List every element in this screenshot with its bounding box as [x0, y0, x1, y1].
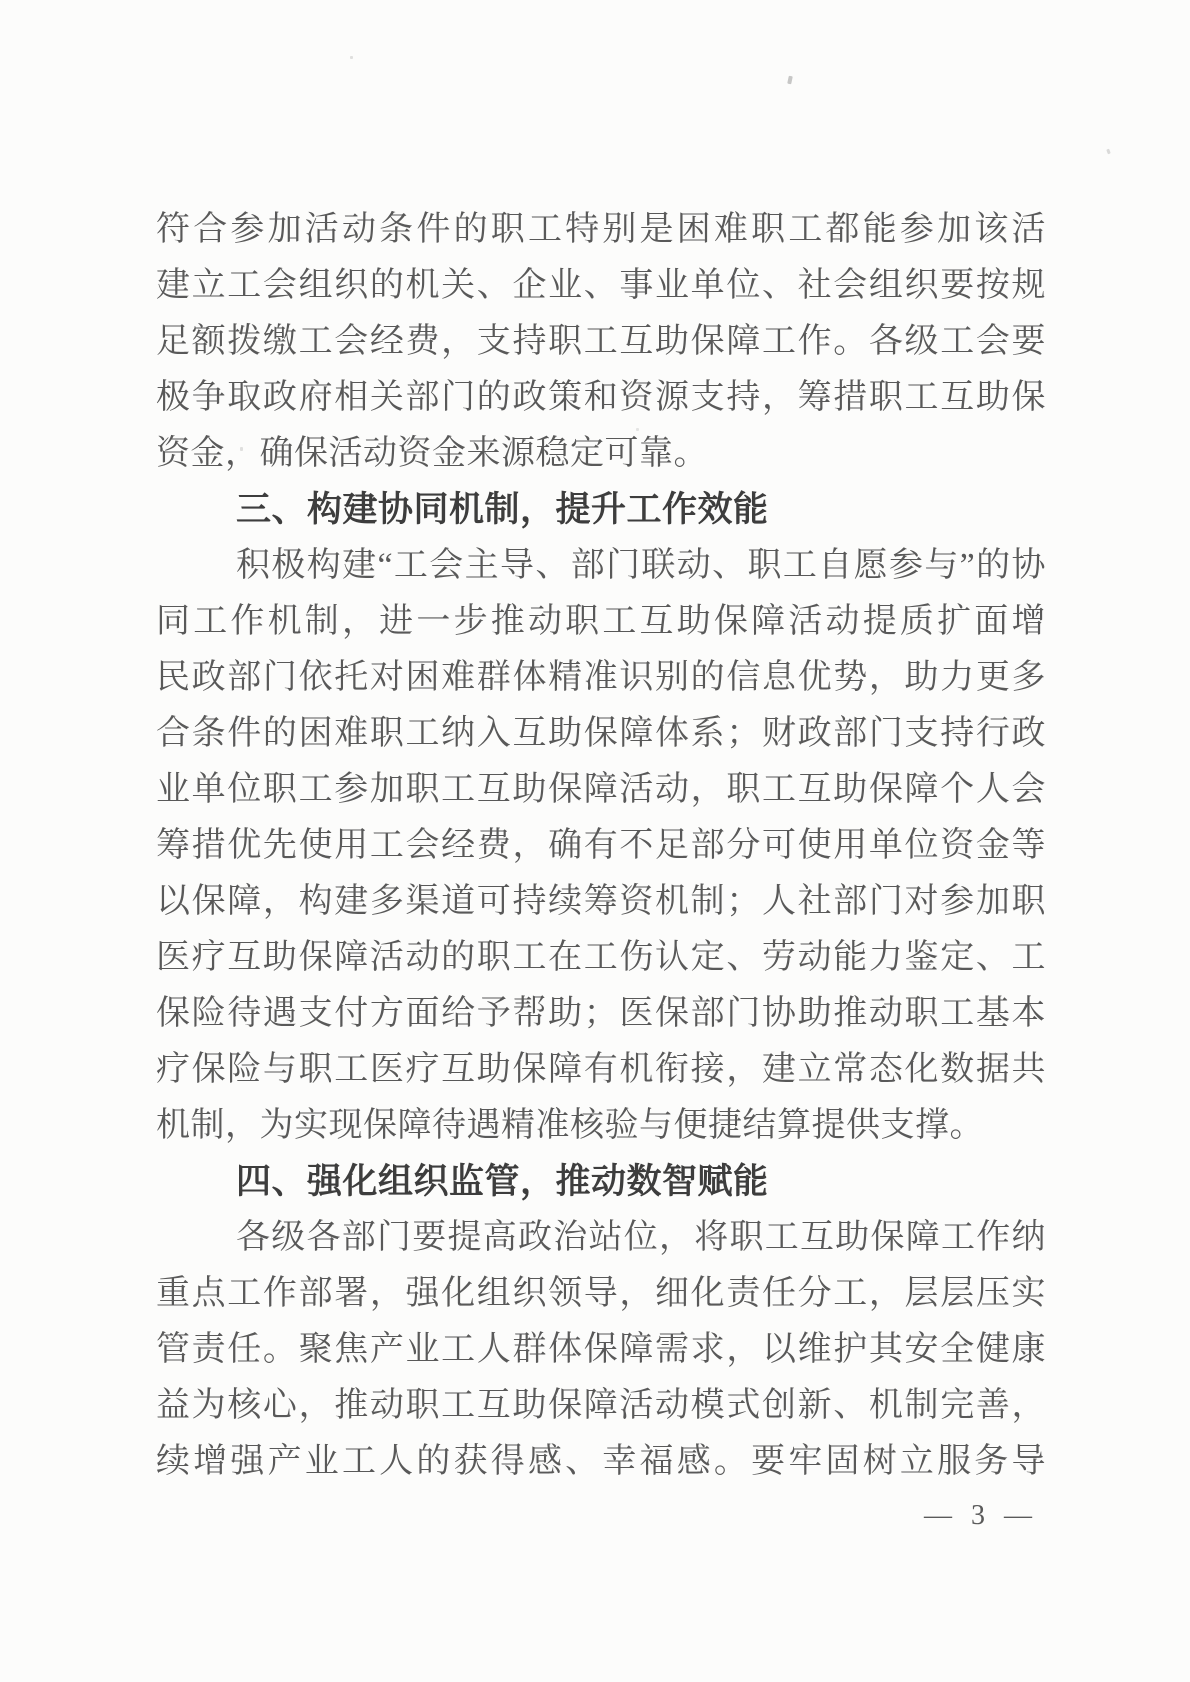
body-line: 管责任。聚焦产业工人群体保障需求，以维护其安全健康权 — [156, 1322, 1046, 1378]
scan-speck — [787, 76, 793, 85]
body-line: 足额拨缴工会经费，支持职工互助保障工作。各级工会要积 — [156, 314, 1046, 370]
scan-speck — [1106, 149, 1111, 155]
body-line: 资金，确保活动资金来源稳定可靠。 — [156, 426, 1046, 482]
document-body: 符合参加活动条件的职工特别是困难职工都能参加该活动。 建立工会组织的机关、企业、… — [156, 202, 1046, 1490]
body-line: 筹措优先使用工会经费，确有不足部分可使用单位资金等予 — [156, 818, 1046, 874]
body-line: 民政部门依托对困难群体精准识别的信息优势，助力更多符 — [156, 650, 1046, 706]
body-line: 建立工会组织的机关、企业、事业单位、社会组织要按规定 — [156, 258, 1046, 314]
body-line: 合条件的困难职工纳入互助保障体系；财政部门支持行政事 — [156, 706, 1046, 762]
body-line: 极争取政府相关部门的政策和资源支持，筹措职工互助保障 — [156, 370, 1046, 426]
scanned-document-page: 符合参加活动条件的职工特别是困难职工都能参加该活动。 建立工会组织的机关、企业、… — [0, 0, 1190, 1682]
body-line: 机制，为实现保障待遇精准核验与便捷结算提供支撑。 — [156, 1098, 1046, 1154]
body-line: 积极构建“工会主导、部门联动、职工自愿参与”的协 — [156, 538, 1046, 594]
body-line: 重点工作部署，强化组织领导，细化责任分工，层层压实监 — [156, 1266, 1046, 1322]
section-3-heading: 三、构建协同机制，提升工作效能 — [156, 482, 1046, 538]
body-line: 益为核心，推动职工互助保障活动模式创新、机制完善，持 — [156, 1378, 1046, 1434]
body-line: 保险待遇支付方面给予帮助；医保部门协助推动职工基本医 — [156, 986, 1046, 1042]
body-line: 业单位职工参加职工互助保障活动，职工互助保障个人会费 — [156, 762, 1046, 818]
scan-speck — [350, 56, 353, 59]
body-line: 同工作机制，进一步推动职工互助保障活动提质扩面增效。 — [156, 594, 1046, 650]
body-line: 以保障，构建多渠道可持续筹资机制；人社部门对参加职工 — [156, 874, 1046, 930]
body-line: 续增强产业工人的获得感、幸福感。要牢固树立服务导向， — [156, 1434, 1046, 1490]
body-line: 医疗互助保障活动的职工在工伤认定、劳动能力鉴定、工伤 — [156, 930, 1046, 986]
body-line: 各级各部门要提高政治站位，将职工互助保障工作纳入 — [156, 1210, 1046, 1266]
section-4-heading: 四、强化组织监管，推动数智赋能 — [156, 1154, 1046, 1210]
body-line: 符合参加活动条件的职工特别是困难职工都能参加该活动。 — [156, 202, 1046, 258]
page-number: — 3 — — [924, 1496, 1038, 1536]
body-line: 疗保险与职工医疗互助保障有机衔接，建立常态化数据共享 — [156, 1042, 1046, 1098]
